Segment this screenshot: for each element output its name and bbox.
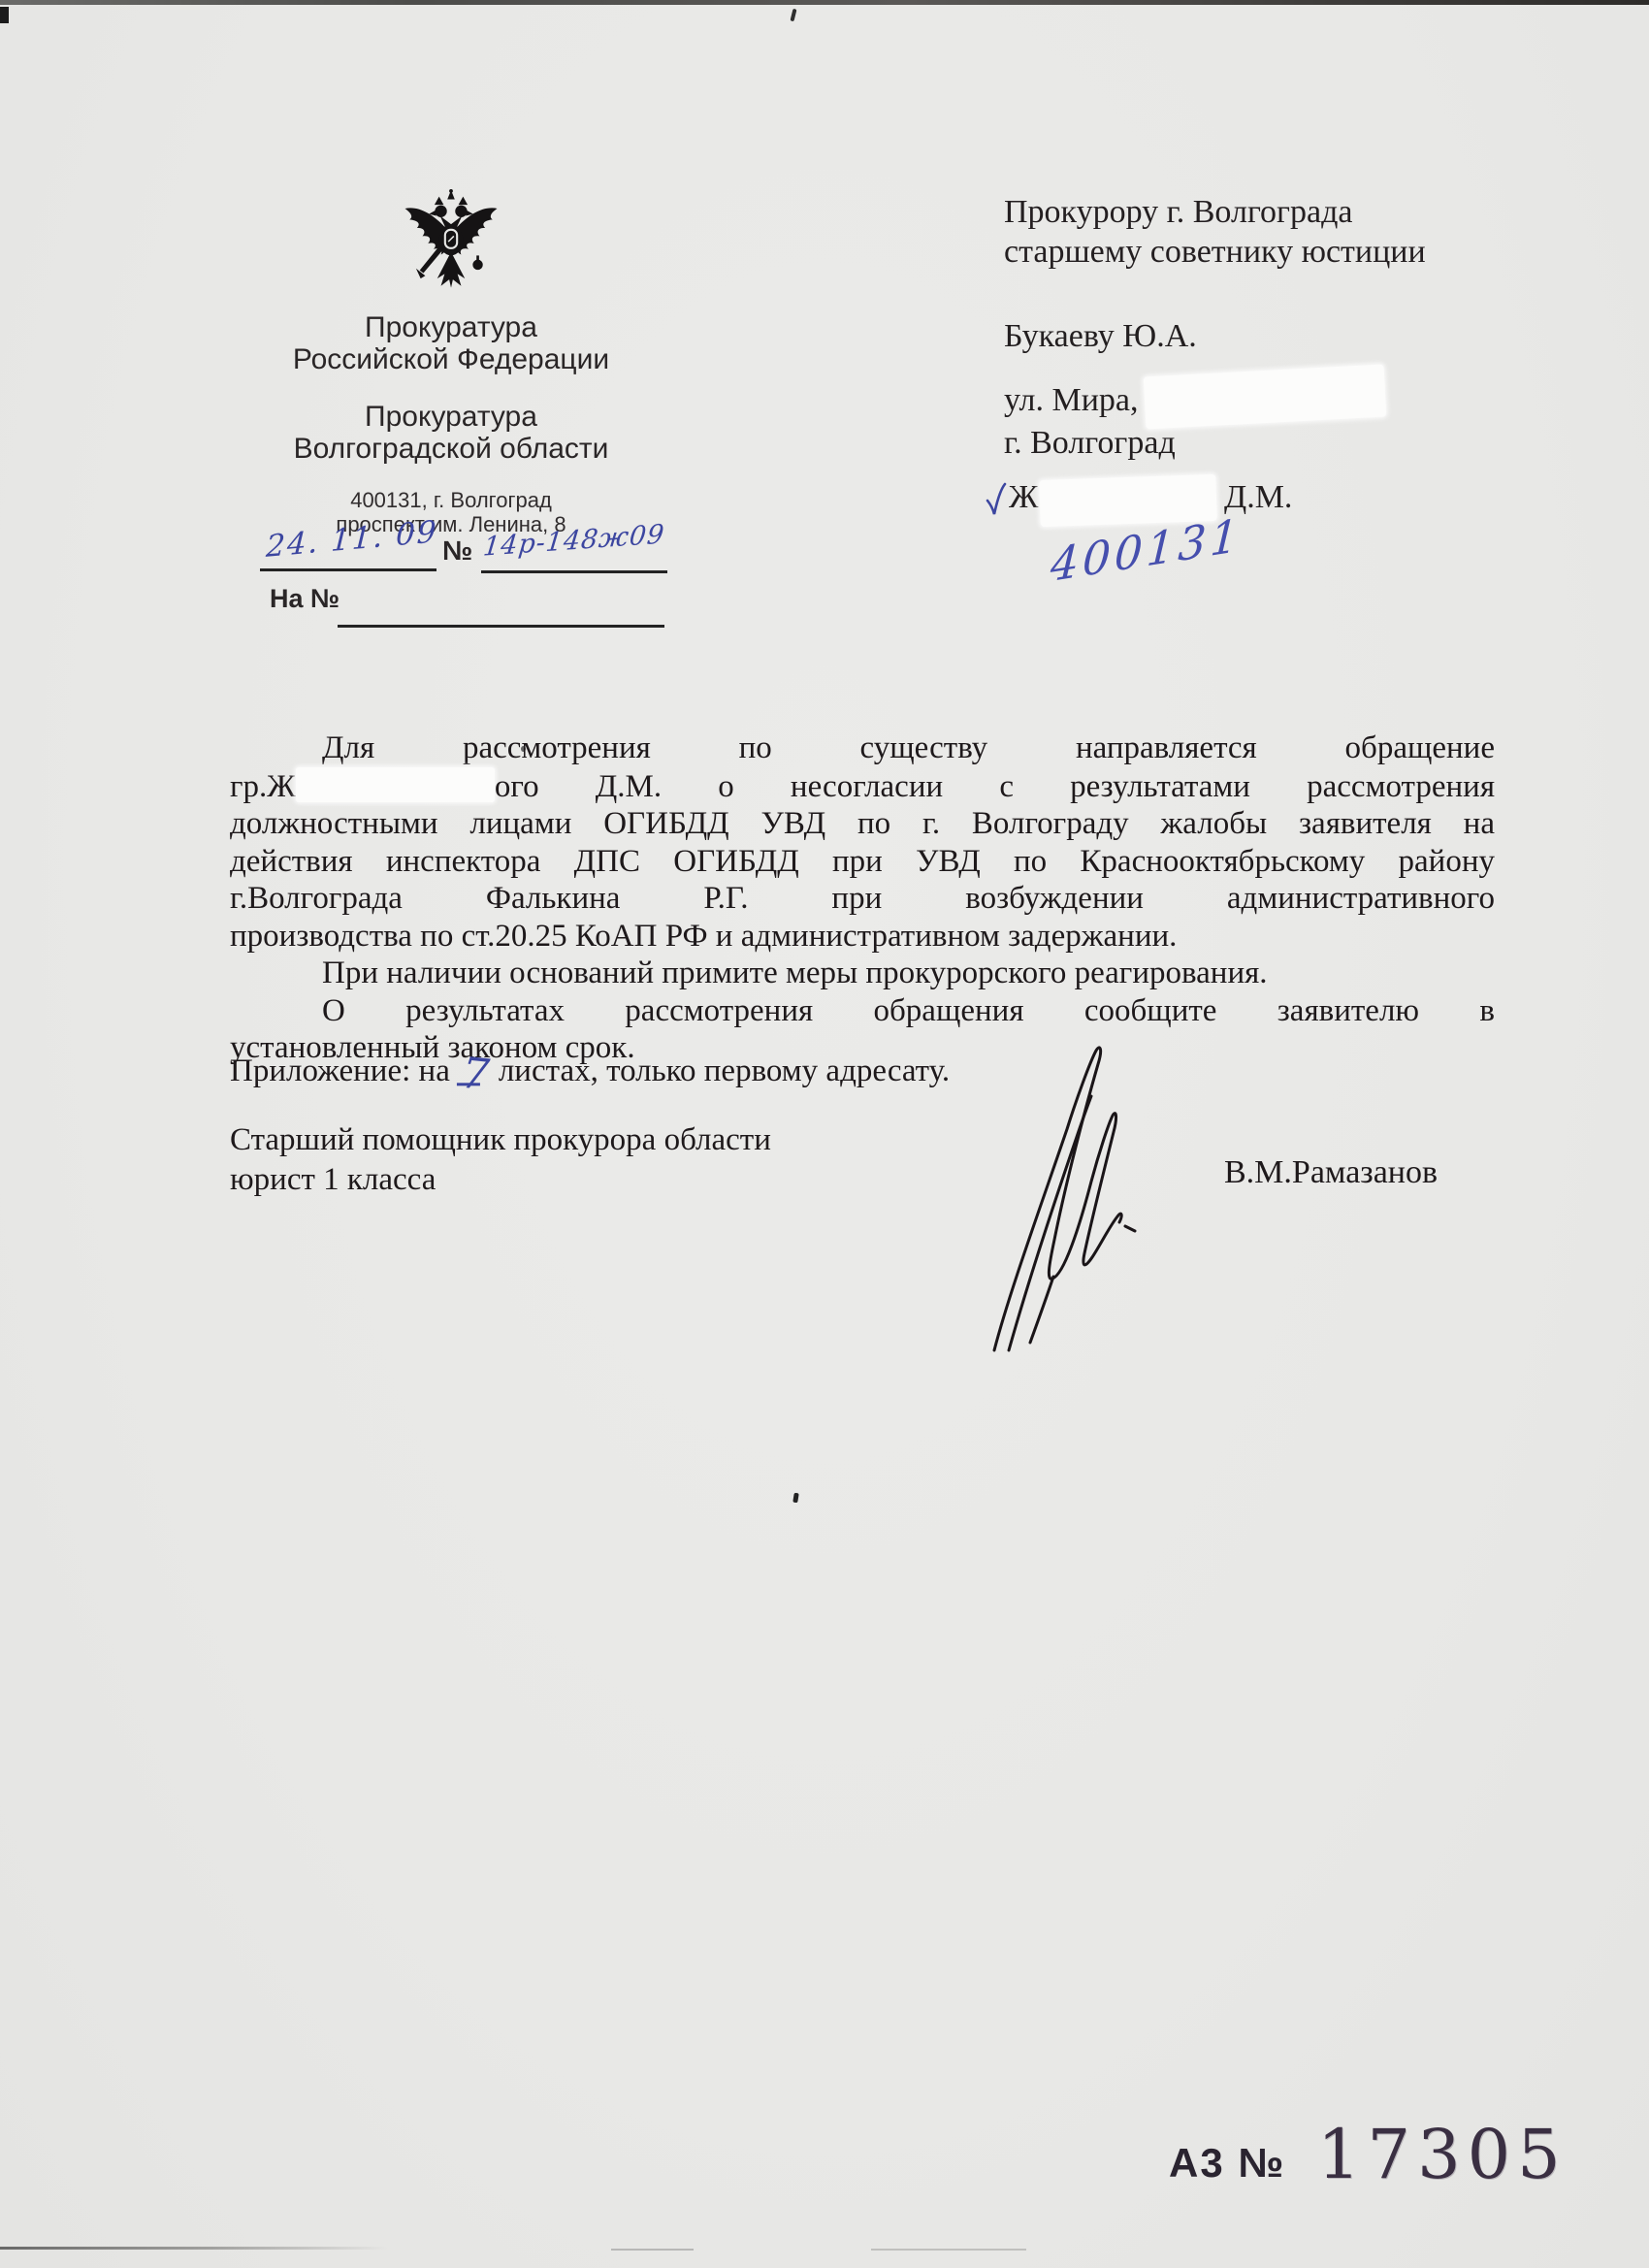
redaction-box [296, 767, 495, 802]
scan-tick-mark [790, 9, 796, 22]
scan-corner-mark [0, 7, 9, 23]
recipient-name: Букаеву Ю.А. [1004, 318, 1197, 355]
redaction-box [1144, 365, 1386, 430]
recipient-address-city: г. Волгоград [1004, 425, 1176, 462]
signer-name: В.М.Рамазанов [1224, 1154, 1438, 1191]
signoff-title-line1: Старший помощник прокурора области [230, 1120, 771, 1160]
body-line-post: ого Д.М. о несогласии с результатами рас… [495, 769, 1495, 804]
form-series-label: А3 № [1169, 2140, 1285, 2187]
number-sign: № [442, 535, 472, 567]
letter-body: Для рассмотрения по существу направляетс… [230, 729, 1495, 1067]
reply-to-row: На № [270, 584, 677, 634]
signoff-title-line2: юрист 1 класса [230, 1160, 771, 1200]
body-line: При наличии оснований примите меры проку… [230, 955, 1495, 992]
reply-to-label: На № [270, 584, 339, 614]
org-name-line1: Прокуратура [179, 311, 723, 343]
coat-of-arms-eagle-icon [396, 186, 506, 308]
attachment-line: Приложение: на7листах, только первому ад… [230, 1053, 950, 1089]
body-line: г.Волгограда Фалькина Р.Г. при возбужден… [230, 880, 1495, 918]
date-underline [260, 568, 436, 571]
body-line: действия инспектора ДПС ОГИБДД при УВД п… [230, 843, 1495, 881]
reply-to-underline [338, 625, 664, 628]
scan-edge-strip [0, 0, 1649, 5]
org-subname-line2: Волгоградской области [179, 433, 723, 465]
scan-speck [792, 1493, 799, 1504]
signature-ink [970, 1034, 1188, 1364]
letterhead: Прокуратура Российской Федерации Прокура… [179, 186, 723, 536]
scanned-letter-page: Прокуратура Российской Федерации Прокура… [0, 0, 1649, 2268]
recipient-title-line1: Прокурору г. Волгограда [1004, 192, 1547, 232]
body-line: производства по ст.20.25 КоАП РФ и админ… [230, 918, 1495, 956]
recipient-block: Прокурору г. Волгограда старшему советни… [1004, 192, 1547, 272]
org-name-line2: Российской Федерации [179, 343, 723, 375]
body-line: О результатах рассмотрения обращения соо… [230, 992, 1495, 1030]
recipient-address-street: ул. Мира, [1004, 382, 1139, 419]
org-subname-line1: Прокуратура [179, 401, 723, 433]
recipient-title-line2: старшему советнику юстиции [1004, 232, 1547, 272]
attachment-pre: Приложение: на [230, 1053, 450, 1088]
attachment-post: листах, только первому адресату. [499, 1053, 950, 1088]
form-serial-number-stamp: 17305 [1317, 2115, 1568, 2194]
scan-bottom-line [611, 2249, 694, 2251]
checkmark-icon [984, 481, 1007, 525]
handwritten-outgoing-number: 14р-148ж09 [482, 519, 666, 562]
handwritten-date: 24. 11. 09 [265, 514, 438, 565]
body-line: должностными лицами ОГИБДД УВД по г. Вол… [230, 805, 1495, 843]
scan-bottom-line [0, 2247, 388, 2250]
signoff-block: Старший помощник прокурора области юрист… [230, 1120, 771, 1200]
body-line: гр.Жого Д.М. о несогласии с результатами… [230, 767, 1495, 806]
scan-bottom-line [871, 2249, 1026, 2251]
handwritten-sheet-count: 7 [460, 1059, 490, 1091]
reference-row: 24. 11. 09 № 14р-148ж09 [260, 522, 658, 580]
org-address-line1: 400131, г. Волгоград [179, 488, 723, 512]
applicant-surname-prefix: Ж [1009, 479, 1038, 516]
body-line: Для рассмотрения по существу направляетс… [230, 729, 1495, 767]
number-underline [481, 570, 667, 573]
body-line-pre: гр.Ж [230, 769, 296, 804]
